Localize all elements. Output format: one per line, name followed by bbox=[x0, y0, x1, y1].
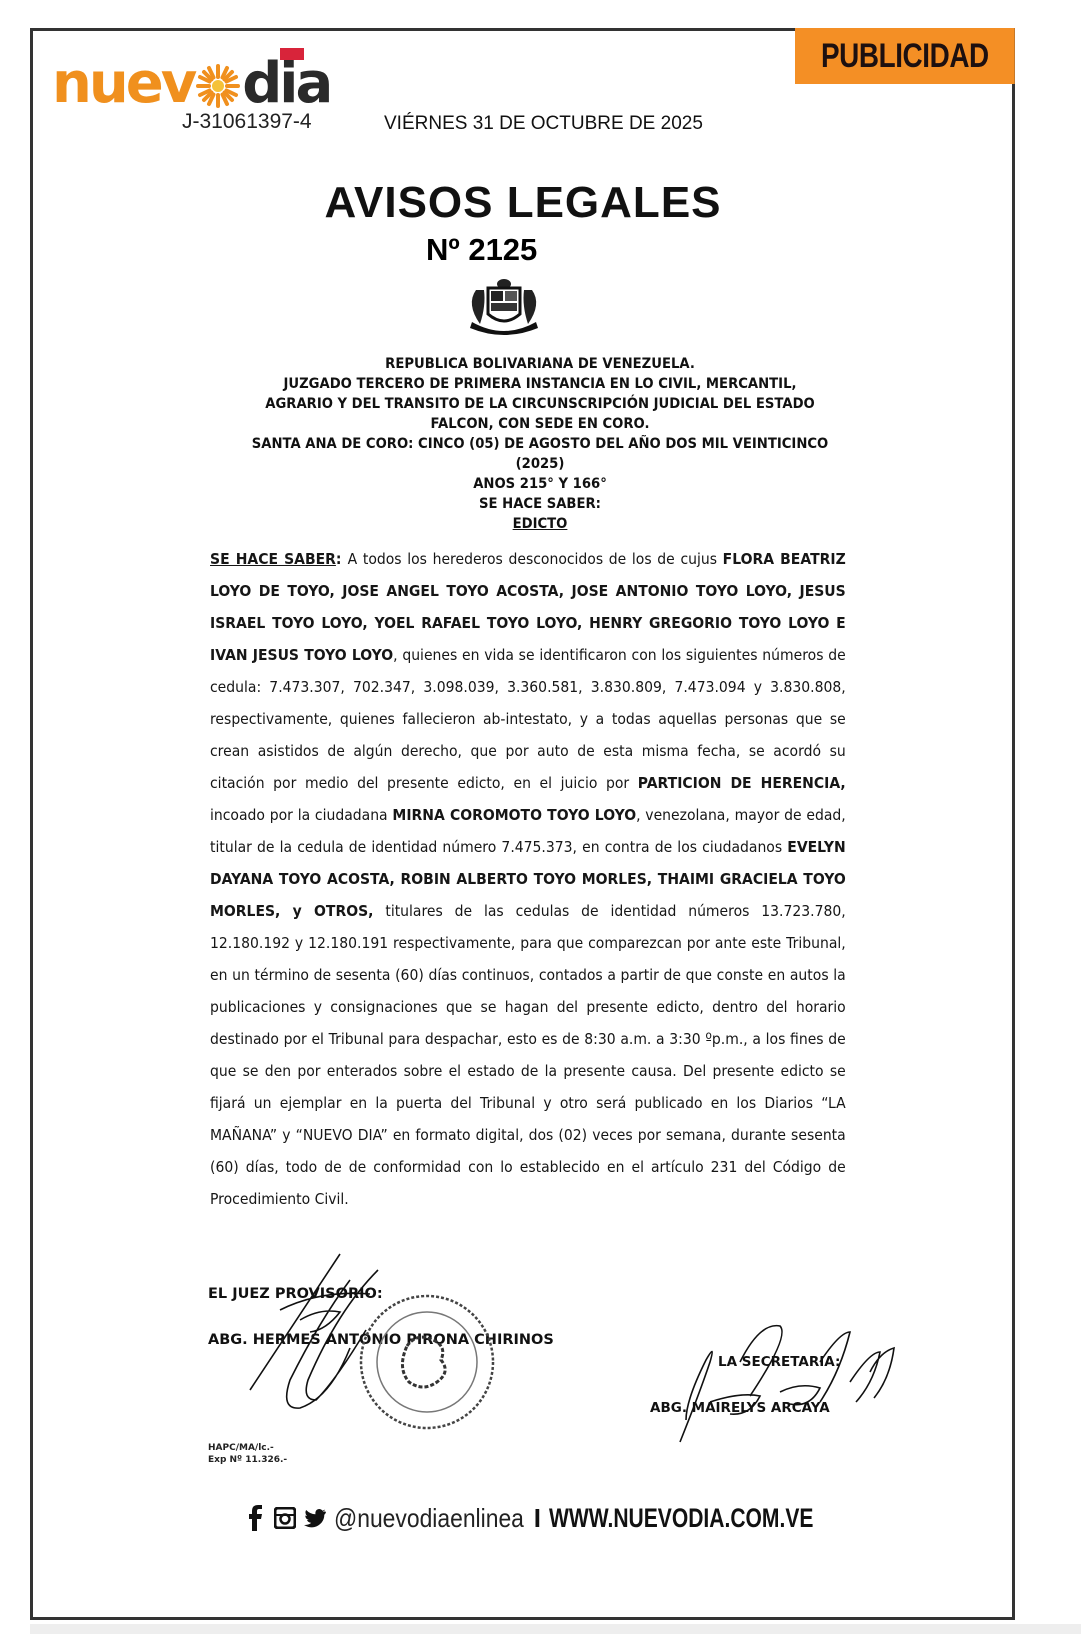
case-reference: HAPC/MA/lc.- Exp Nº 11.326.- bbox=[208, 1442, 287, 1466]
court-header-line: SANTA ANA DE CORO: CINCO (05) DE AGOSTO … bbox=[224, 434, 856, 454]
section-badge: PUBLICIDAD bbox=[795, 28, 1015, 84]
court-header-line: AGRARIO Y DEL TRANSITO DE LA CIRCUNSCRIP… bbox=[224, 394, 856, 414]
rif-number: J-31061397-4 bbox=[182, 110, 312, 134]
court-header: REPUBLICA BOLIVARIANA DE VENEZUELA. JUZG… bbox=[224, 354, 856, 534]
court-header-line: FALCON, CON SEDE EN CORO. bbox=[224, 414, 856, 434]
reference-expediente: Exp Nº 11.326.- bbox=[208, 1454, 287, 1466]
edict-body: SE HACE SABER: A todos los herederos des… bbox=[210, 543, 846, 1215]
bottom-strip bbox=[30, 1624, 1081, 1634]
facebook-icon[interactable] bbox=[244, 1506, 266, 1530]
body-text-segment: incoado por la ciudadana bbox=[210, 806, 392, 824]
body-text-segment: titulares de las cedulas de identidad nú… bbox=[210, 902, 846, 1208]
court-header-line: REPUBLICA BOLIVARIANA DE VENEZUELA. bbox=[224, 354, 856, 374]
court-header-line: SE HACE SABER: bbox=[224, 494, 856, 514]
social-handle[interactable]: @nuevodiaenlinea bbox=[334, 1503, 524, 1534]
body-bold-segment: PARTICION DE HERENCIA, bbox=[638, 774, 846, 792]
court-header-line: JUZGADO TERCERO DE PRIMERA INSTANCIA EN … bbox=[224, 374, 856, 394]
footer-separator: I bbox=[534, 1503, 541, 1534]
body-bold-segment: : bbox=[336, 550, 348, 568]
body-text-segment: A todos los herederos desconocidos de lo… bbox=[348, 550, 723, 568]
coat-of-arms-icon bbox=[458, 276, 550, 338]
publication-date: VIÉRNES 31 DE OCTUBRE DE 2025 bbox=[384, 113, 703, 135]
instagram-icon[interactable] bbox=[274, 1506, 296, 1530]
newspaper-logo: nuev dia bbox=[52, 52, 330, 112]
page-title-text: AVISOS LEGALES bbox=[324, 178, 721, 228]
page-title: AVISOS LEGALES bbox=[0, 178, 1081, 228]
body-text-segment: , quienes en vida se identificaron con l… bbox=[210, 646, 846, 792]
website-link[interactable]: WWW.NUEVODIA.COM.VE bbox=[549, 1503, 813, 1534]
reference-initials: HAPC/MA/lc.- bbox=[208, 1442, 287, 1454]
logo-text-dia: dia bbox=[242, 56, 330, 112]
body-lead: SE HACE SABER bbox=[210, 550, 336, 568]
twitter-icon[interactable] bbox=[304, 1506, 326, 1530]
court-seal-stamp bbox=[345, 1284, 505, 1434]
notice-number: Nº 2125 bbox=[426, 232, 537, 268]
secretary-title: LA SECRETARIA: bbox=[718, 1354, 840, 1370]
secretary-name: ABG. MAIRELYS ARCAYA bbox=[650, 1400, 830, 1416]
logo-red-accent bbox=[280, 48, 304, 60]
sun-icon bbox=[196, 64, 240, 108]
footer: @nuevodiaenlinea I WWW.NUEVODIA.COM.VE bbox=[244, 1498, 888, 1538]
court-header-line: ANOS 215° Y 166° bbox=[224, 474, 856, 494]
edict-label: EDICTO bbox=[224, 514, 856, 534]
logo-text-nuev: nuev bbox=[52, 56, 194, 112]
court-header-line: (2025) bbox=[224, 454, 856, 474]
body-bold-segment: MIRNA COROMOTO TOYO LOYO bbox=[392, 806, 636, 824]
body-segments: : A todos los herederos desconocidos de … bbox=[210, 550, 846, 1208]
